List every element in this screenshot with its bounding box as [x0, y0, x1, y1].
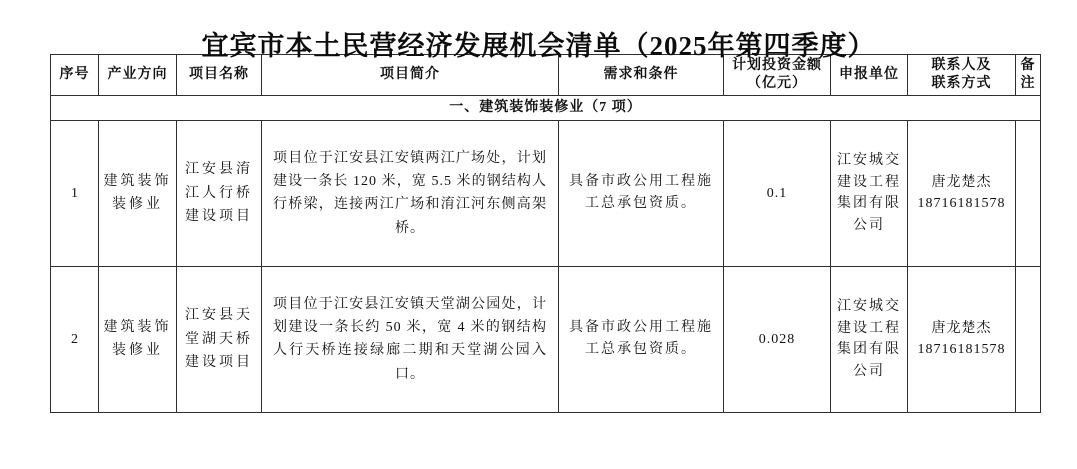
- cell-remark: [1016, 266, 1041, 412]
- section-row: 一、建筑装饰装修业（7 项）: [51, 96, 1041, 121]
- cell-industry: 建筑装饰 装修业: [99, 266, 177, 412]
- cell-industry: 建筑装饰 装修业: [99, 120, 177, 266]
- cell-contact: 唐龙楚杰 18716181578: [908, 120, 1016, 266]
- cell-project-name: 江安县淯 江人行桥 建设项目: [177, 120, 262, 266]
- header-remark: 备 注: [1016, 55, 1041, 96]
- cell-requirements: 具备市政公用工程施 工总承包资质。: [559, 266, 724, 412]
- cell-contact: 唐龙楚杰 18716181578: [908, 266, 1016, 412]
- cell-seq: 2: [51, 266, 99, 412]
- table-row: 2 建筑装饰 装修业 江安县天 堂湖天桥 建设项目 项目位于江安县江安镇天堂湖公…: [51, 266, 1041, 412]
- cell-investment: 0.028: [724, 266, 831, 412]
- table-body: 一、建筑装饰装修业（7 项） 1 建筑装饰 装修业 江安县淯 江人行桥 建设项目…: [51, 96, 1041, 413]
- cell-investment: 0.1: [724, 120, 831, 266]
- header-seq: 序号: [51, 55, 99, 96]
- cell-requirements: 具备市政公用工程施 工总承包资质。: [559, 120, 724, 266]
- section-title: 一、建筑装饰装修业（7 项）: [51, 96, 1041, 121]
- table-row: 1 建筑装饰 装修业 江安县淯 江人行桥 建设项目 项目位于江安县江安镇两江广场…: [51, 120, 1041, 266]
- document-page: 宜宾市本土民营经济发展机会清单（2025年第四季度） 序号 产业方向 项目名称 …: [0, 0, 1077, 469]
- header-contact: 联系人及 联系方式: [908, 55, 1016, 96]
- cell-remark: [1016, 120, 1041, 266]
- page-title: 宜宾市本土民营经济发展机会清单（2025年第四季度）: [0, 0, 1077, 52]
- header-investment: 计划投资金额 （亿元）: [724, 55, 831, 96]
- cell-applicant: 江安城交 建设工程 集团有限 公司: [831, 120, 908, 266]
- cell-seq: 1: [51, 120, 99, 266]
- opportunity-table: 序号 产业方向 项目名称 项目简介 需求和条件 计划投资金额 （亿元） 申报单位…: [50, 54, 1041, 413]
- header-industry: 产业方向: [99, 55, 177, 96]
- cell-description: 项目位于江安县江安镇天堂湖公园处，计划建设一条长约 50 米，宽 4 米的钢结构…: [262, 266, 559, 412]
- cell-description: 项目位于江安县江安镇两江广场处，计划建设一条长 120 米，宽 5.5 米的钢结…: [262, 120, 559, 266]
- cell-project-name: 江安县天 堂湖天桥 建设项目: [177, 266, 262, 412]
- cell-applicant: 江安城交 建设工程 集团有限 公司: [831, 266, 908, 412]
